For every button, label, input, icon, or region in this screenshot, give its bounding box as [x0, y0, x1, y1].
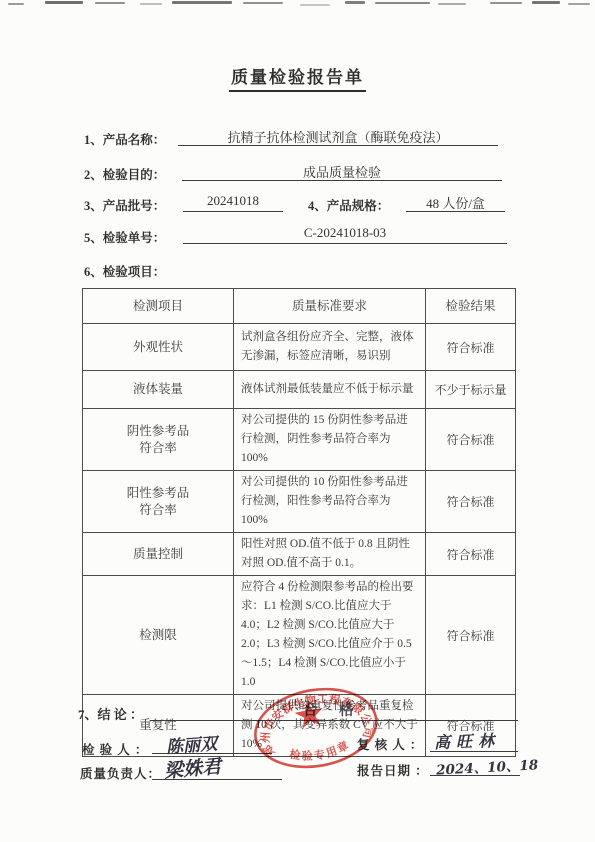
table-row: 阳性参考品 符合率 对公司提供的 10 份阳性参考品进行检测，阳性参考品符合率为…	[83, 471, 516, 533]
inspection-items-table: 检测项目 质量标准要求 检验结果 外观性状 试剂盒各组份应齐全、完整，液体无渗漏…	[82, 288, 516, 757]
scan-artifact	[345, 1, 365, 4]
product-name-value: 抗精子抗体检测试剂盒（酶联免疫法）	[227, 127, 448, 146]
reviewer-label: 复 核 人 ：	[357, 735, 423, 753]
header-requirement: 质量标准要求	[234, 289, 426, 324]
item-requirement: 对公司提供的 10 份阳性参考品进行检测，阳性参考品符合率为 100%	[234, 471, 426, 533]
table-row: 质量控制 阳性对照 OD.值不低于 0.8 且阴性对照 OD.值不高于 0.1。…	[83, 533, 516, 576]
scan-artifact	[140, 3, 162, 5]
item-requirement: 对公司提供的 15 份阴性参考品进行检测，阴性参考品符合率为 100%	[234, 409, 426, 471]
scan-artifact	[95, 2, 125, 4]
items-heading: 6、检验项目：	[84, 262, 165, 280]
quality-manager-signature: 梁姝君	[163, 752, 222, 784]
purpose-label: 2、检验目的：	[84, 165, 165, 183]
quality-manager-label: 质量负责人：	[80, 764, 161, 782]
item-result: 符合标准	[426, 471, 516, 533]
item-result: 符合标准	[426, 576, 516, 695]
product-name-line: 抗精子抗体检测试剂盒（酶联免疫法）	[178, 126, 498, 146]
item-requirement: 液体试剂最低装量应不低于标示量	[234, 371, 426, 409]
scan-artifact	[438, 3, 466, 5]
spec-line: 48 人份/盒	[406, 192, 505, 212]
report-date-value: 2024、10、18	[436, 753, 539, 778]
order-no-line: C-20241018-03	[183, 224, 507, 244]
inspector-label: 检 验 人 ：	[82, 740, 148, 758]
conclusion-value: 合 格	[303, 699, 363, 720]
order-no-label: 5、检验单号：	[84, 228, 165, 246]
item-name: 液体装量	[83, 371, 234, 409]
table-row: 外观性状 试剂盒各组份应齐全、完整，液体无渗漏，标签应清晰，易识别 符合标准	[83, 324, 516, 371]
item-name: 外观性状	[83, 324, 234, 371]
item-result: 符合标准	[426, 409, 516, 471]
scan-artifact	[375, 2, 430, 4]
scan-artifact	[172, 1, 232, 4]
table-row: 检测限 应符合 4 份检测限参考品的检出要求：L1 检测 S/CO.比值应大于 …	[83, 576, 516, 695]
scan-artifact	[490, 2, 522, 4]
table-row: 阴性参考品 符合率 对公司提供的 15 份阴性参考品进行检测，阴性参考品符合率为…	[83, 409, 516, 471]
scan-artifact	[300, 4, 330, 6]
item-result: 不少于标示量	[426, 371, 516, 409]
order-no-value: C-20241018-03	[304, 225, 386, 241]
conclusion-label: 7、结 论 ：	[78, 704, 143, 723]
item-name: 质量控制	[83, 533, 234, 576]
purpose-value: 成品质量检验	[303, 162, 381, 181]
item-name: 阳性参考品 符合率	[83, 471, 234, 533]
scan-artifact	[532, 1, 560, 4]
item-requirement: 应符合 4 份检测限参考品的检出要求：L1 检测 S/CO.比值应大于 4.0；…	[234, 576, 426, 695]
table-header-row: 检测项目 质量标准要求 检验结果	[83, 289, 516, 324]
spec-label: 4、产品规格：	[308, 196, 389, 214]
batch-label: 3、产品批号：	[84, 196, 165, 214]
header-item: 检测项目	[83, 289, 234, 324]
table-row: 液体装量 液体试剂最低装量应不低于标示量 不少于标示量	[83, 371, 516, 409]
scan-artifact	[243, 2, 283, 4]
item-result: 符合标准	[426, 324, 516, 371]
product-name-label: 1、产品名称：	[84, 130, 165, 148]
scan-artifact	[568, 3, 590, 5]
item-name: 检测限	[83, 576, 234, 695]
page-title: 质量检验报告单	[229, 63, 366, 92]
report-date-label: 报告日期 ：	[357, 761, 429, 779]
purpose-line: 成品质量检验	[182, 161, 502, 181]
spec-value: 48 人份/盒	[426, 193, 485, 212]
inspection-report-page: 质量检验报告单 1、产品名称： 抗精子抗体检测试剂盒（酶联免疫法） 2、检验目的…	[0, 0, 595, 842]
item-name: 阴性参考品 符合率	[83, 409, 234, 471]
item-requirement: 试剂盒各组份应齐全、完整，液体无渗漏，标签应清晰，易识别	[234, 324, 426, 371]
scan-artifact	[45, 1, 83, 4]
batch-line: 20241018	[183, 192, 283, 212]
reviewer-signature: 高旺林	[434, 728, 501, 753]
header-result: 检验结果	[426, 289, 516, 324]
scan-artifact	[8, 3, 24, 5]
batch-value: 20241018	[207, 193, 259, 209]
item-requirement: 阳性对照 OD.值不低于 0.8 且阴性对照 OD.值不高于 0.1。	[234, 533, 426, 576]
item-result: 符合标准	[426, 533, 516, 576]
